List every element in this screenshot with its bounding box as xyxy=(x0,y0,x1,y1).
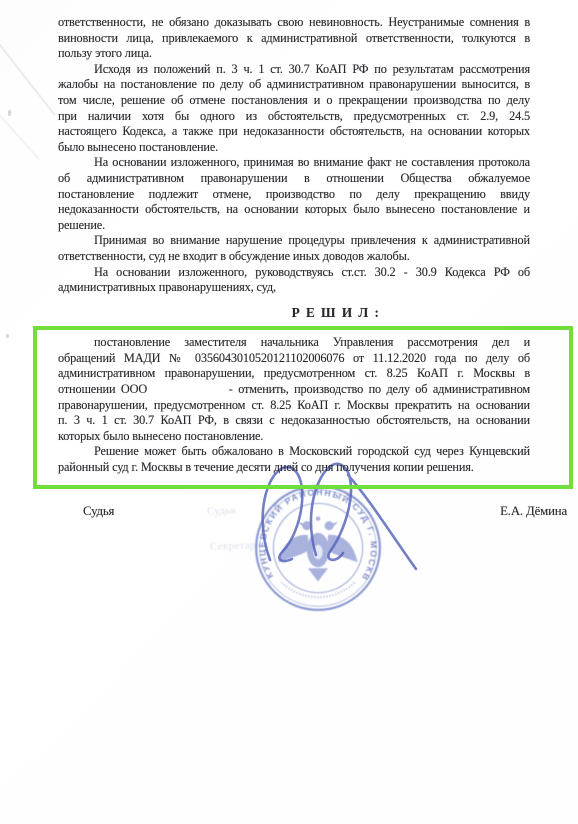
text-line: при наличии хотя бы одного из обстоятель… xyxy=(58,109,530,125)
text-line: На основании изложенного, принимая во вн… xyxy=(58,155,530,171)
text-line: пользу этого лица. xyxy=(58,46,530,62)
paragraph-koap-grounds: Исходя из положений п. 3 ч. 1 ст. 30.7 К… xyxy=(58,62,530,156)
text-line: об административном правонарушении в отн… xyxy=(58,171,530,187)
paragraph-no-protocol: На основании изложенного, принимая во вн… xyxy=(58,155,530,233)
text-line: постановление заместителя начальника Упр… xyxy=(58,335,530,351)
text-line: решение. xyxy=(58,218,530,234)
text-line: том числе, решение об отмене постановлен… xyxy=(58,93,530,109)
text-line: обращений МАДИ № 03560430105201211020060… xyxy=(58,351,530,367)
text-line: Принимая во внимание нарушение процедуры… xyxy=(58,233,530,249)
paragraph-appeal-info: Решение может быть обжаловано в Московск… xyxy=(58,444,530,475)
text-line: административных правонарушениях, суд, xyxy=(58,280,530,296)
text-line: жалобы на постановление по делу об админ… xyxy=(58,77,530,93)
judge-name: Е.А. Дёмина xyxy=(500,504,567,520)
text-line: настоящего Кодекса, а также при недоказа… xyxy=(58,124,530,140)
decision-heading: Р Е Ш И Л : xyxy=(142,305,530,321)
text-line: На основании изложенного, руководствуясь… xyxy=(58,265,530,281)
paragraph-presumption: ответственности, не обязано доказывать с… xyxy=(58,15,530,62)
text-line: которых было вынесено постановление. xyxy=(58,429,530,445)
text-line: постановление подлежит отмене, производс… xyxy=(58,187,530,203)
text-line: отношении ООО - отменить, производство п… xyxy=(58,382,530,398)
text-line: п. 3 ч. 1 ст. 30.7 КоАП РФ, в связи с не… xyxy=(58,413,530,429)
text-line: районный суд г. Москвы в течение десяти … xyxy=(58,460,530,476)
document-text: ответственности, не обязано доказывать с… xyxy=(0,0,578,519)
text-line: административном правонарушении, предусм… xyxy=(58,366,530,382)
text-line: ответственности, суд не входит в обсужде… xyxy=(58,249,530,265)
decision-highlight-box: постановление заместителя начальника Упр… xyxy=(33,326,573,488)
paragraph-ruling-basis: На основании изложенного, руководствуясь… xyxy=(58,265,530,296)
paragraph-procedure-violation: Принимая во внимание нарушение процедуры… xyxy=(58,233,530,264)
scanned-court-decision-page: ответственности, не обязано доказывать с… xyxy=(0,0,578,824)
text-line: недоказанности обстоятельств, на основан… xyxy=(58,202,530,218)
text-line: Исходя из положений п. 3 ч. 1 ст. 30.7 К… xyxy=(58,62,530,78)
text-line: Решение может быть обжаловано в Московск… xyxy=(58,444,530,460)
text-line: виновности лица, привлекаемого к админис… xyxy=(58,31,530,47)
paragraph-operative-part: постановление заместителя начальника Упр… xyxy=(58,335,530,444)
judge-label: Судья xyxy=(83,504,114,520)
text-line: было вынесено постановление. xyxy=(58,140,530,156)
text-line: ответственности, не обязано доказывать с… xyxy=(58,15,530,31)
text-line: правонарушении, предусмотренном ст. 8.25… xyxy=(58,398,530,414)
